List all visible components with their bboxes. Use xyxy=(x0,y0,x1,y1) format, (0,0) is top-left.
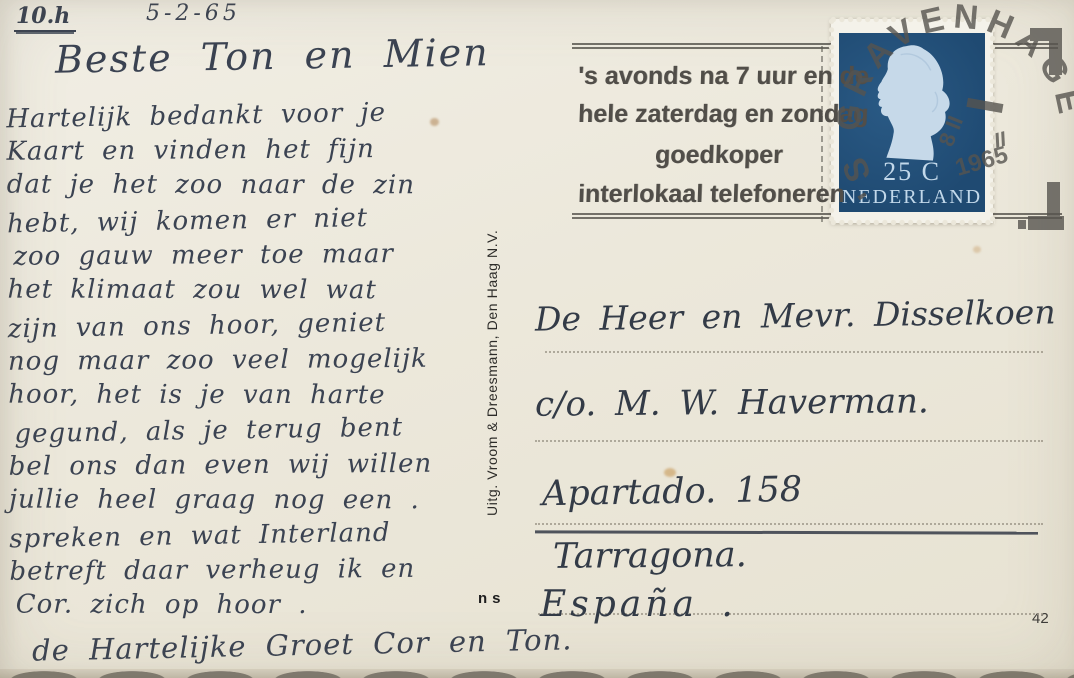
paper-stain xyxy=(430,118,439,126)
cancel-slogan-line: goedkoper xyxy=(654,141,783,170)
message-line: Cor. zich op hoor . xyxy=(10,588,510,624)
handwritten-date: 5-2-65 xyxy=(146,1,241,26)
message-body: Hartelijk bedankt voor je Kaart en vinde… xyxy=(6,96,510,624)
message-line: nog maar zoo veel mogelijk xyxy=(8,341,508,379)
scan-bottom-edge xyxy=(0,669,1074,678)
postmark: 'S GRAVENHAGE 8 II 1965 II xyxy=(780,0,1074,250)
message-line: jullie heel graag nog een . xyxy=(9,483,509,519)
message-line: bel ons dan even wij willen xyxy=(9,446,509,484)
address-rule-1 xyxy=(545,351,1043,353)
address-city: Tarragona. xyxy=(553,535,747,577)
address-country: España . xyxy=(540,584,737,625)
message-line: het klimaat zou wel wat xyxy=(7,273,507,309)
message-line: Kaart en vinden het fijn xyxy=(6,131,506,169)
address-rule-2 xyxy=(535,440,1043,442)
postmark-dash xyxy=(966,98,1003,113)
paper-stain xyxy=(664,468,676,477)
message-line: zoo gauw meer toe maar xyxy=(7,236,507,274)
address-recipient: De Heer en Mevr. Disselkoen xyxy=(535,292,1056,338)
message-line: dat je het zoo naar de zin xyxy=(7,168,507,204)
publisher-imprint: Uitg. Vroom & Dreesmann, Den Haag N.V. xyxy=(484,102,510,516)
address-care-of: c/o. M. W. Haverman. xyxy=(535,381,929,424)
postmark-day-month: 8 II xyxy=(933,112,968,150)
address-rule-3 xyxy=(535,523,1043,525)
postmark-bracket-bottom-right xyxy=(1018,182,1064,230)
message-line: betreft daar verheug ik en xyxy=(9,551,509,589)
handwritten-underline xyxy=(535,530,1038,534)
corner-note: 10.h xyxy=(14,3,76,32)
message-line: hoor, het is je van harte xyxy=(8,378,508,414)
closing-line: de Hartelijke Groet Cor en Ton. xyxy=(32,622,573,667)
print-code: ns xyxy=(478,590,506,607)
postcard-back: 10.h 5-2-65 Beste Ton en Mien Hartelijk … xyxy=(0,0,1074,678)
salutation: Beste Ton en Mien xyxy=(55,30,490,82)
